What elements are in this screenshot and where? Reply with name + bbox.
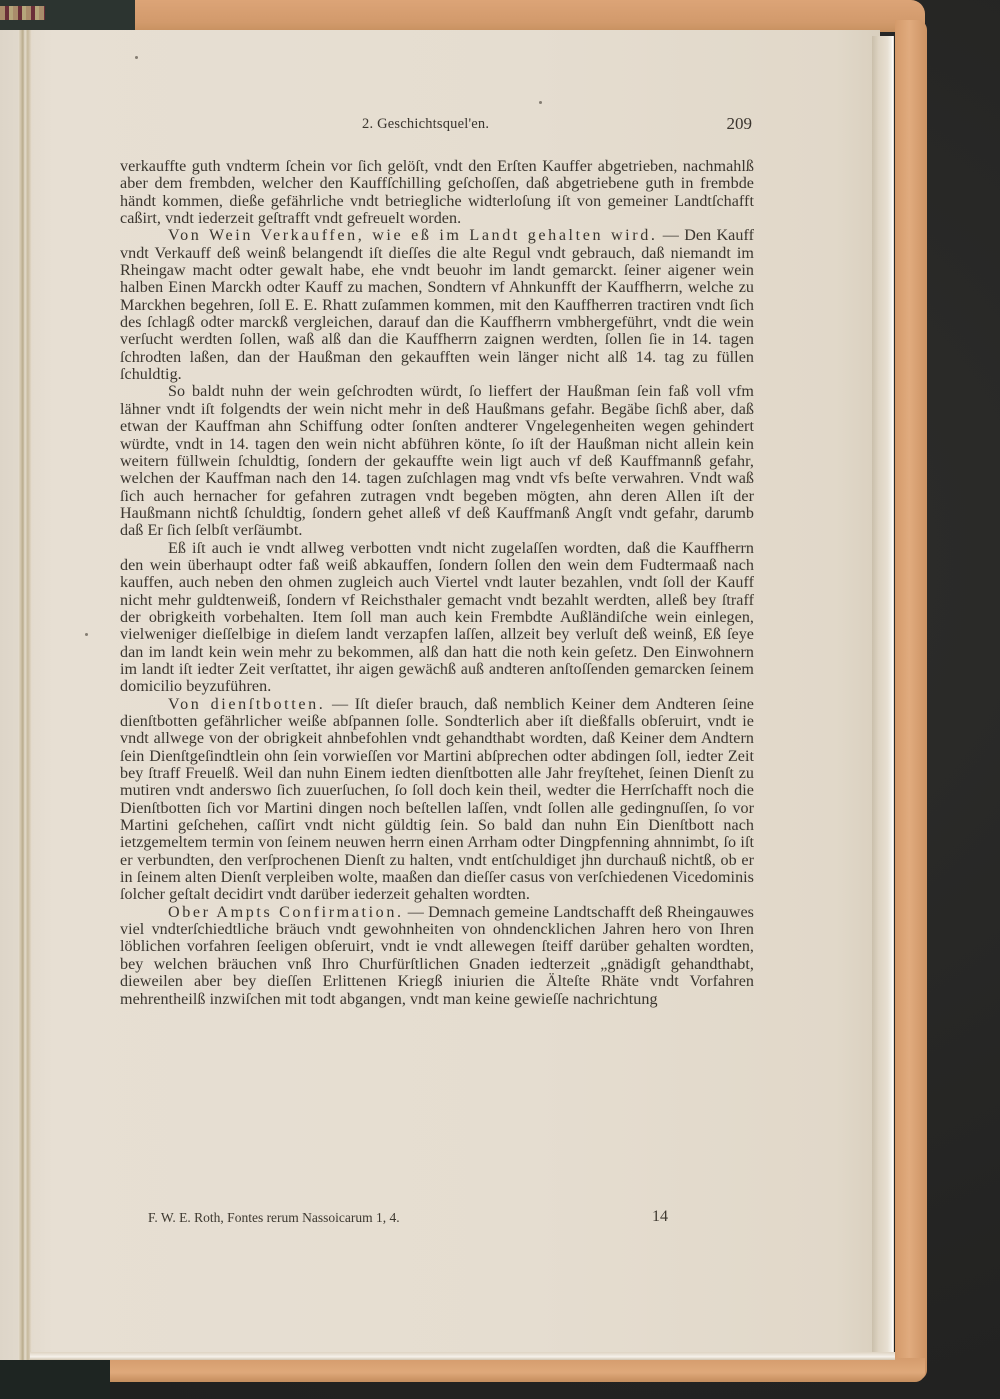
section-heading: Von dienſtbotten. [168,696,325,713]
signature-mark: 14 [652,1208,668,1226]
paper-speck [135,56,138,59]
paragraph-text: — Den Kauff vndt Verkauff deß weinß bela… [120,227,754,383]
page-number: 209 [727,114,753,134]
paper-speck [85,633,88,636]
body-text: verkauffte guth vndterm ſchein vor ſich … [120,158,754,1008]
running-head-title: 2. Geschichtsquel'en. [362,116,489,133]
page-edge-right [872,36,894,1354]
paragraph: Von dienſtbotten. — Iſt dieſer brauch, d… [120,696,754,904]
headband [0,6,45,20]
running-head: 2. Geschichtsquel'en. 209 [120,116,754,138]
book-cover-top-edge [135,0,925,32]
book-cover-bottom-left [0,1360,110,1399]
book-cover-right-edge [895,20,927,1380]
book-cover-bottom-edge [110,1358,925,1382]
paragraph-text: — Iſt dieſer brauch, daß nemblich Keiner… [120,696,754,904]
paragraph: So baldt nuhn der wein geſchrodten würdt… [120,383,754,539]
page-edge-bottom [30,1352,895,1360]
paper-speck [539,101,542,104]
paragraph-text: verkauffte guth vndterm ſchein vor ſich … [120,158,754,227]
section-heading: Ober Ampts Confirmation. [168,904,404,921]
paragraph: Eß iſt auch ie vndt allweg verbotten vnd… [120,540,754,696]
footer-citation: F. W. E. Roth, Fontes rerum Nassoicarum … [148,1210,400,1225]
paragraph: Ober Ampts Confirmation. — Demnach gemei… [120,904,754,1008]
page-gutter [18,30,32,1360]
paragraph: verkauffte guth vndterm ſchein vor ſich … [120,158,754,227]
paragraph-text: So baldt nuhn der wein geſchrodten würdt… [120,383,754,539]
book-photo: 2. Geschichtsquel'en. 209 verkauffte gut… [0,0,1000,1399]
page-text: 2. Geschichtsquel'en. 209 verkauffte gut… [120,116,754,1008]
section-heading: Von Wein Verkauffen, wie eß im Landt geh… [168,227,657,244]
page-footer: F. W. E. Roth, Fontes rerum Nassoicarum … [148,1210,668,1226]
paragraph: Von Wein Verkauffen, wie eß im Landt geh… [120,227,754,383]
paragraph-text: Eß iſt auch ie vndt allweg verbotten vnd… [120,540,754,696]
